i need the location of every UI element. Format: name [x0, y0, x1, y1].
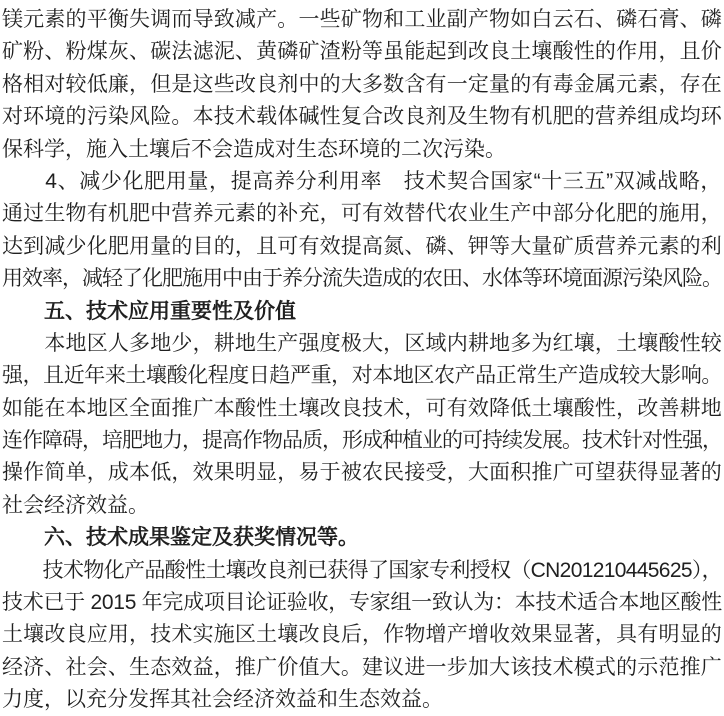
text-line: 技术已于 2015 年完成项目论证验收，专家组一致认为：本技术适合本地区酸性 [2, 587, 722, 619]
text-line: 经济、社会、生态效益，推广价值大。建议进一步加大该技术模式的示范推广 [2, 652, 722, 684]
text-run: 社会经济效益。 [2, 490, 149, 522]
text-line: 矿粉、粉煤灰、碳法滤泥、黄磷矿渣粉等虽能起到改良土壤酸性的作用，且价 [2, 36, 722, 68]
text-run: 对环境的污染风险。本技术载体碱性复合改良剂及生物有机肥的营养组成均环 [2, 101, 722, 133]
text-run: 通过生物有机肥中营养元素的补充，可有效替代农业生产中部分化肥的施用， [2, 198, 722, 230]
text-line: 用效率，减轻了化肥施用中由于养分流失造成的农田、水体等环境面源污染风险。 [2, 263, 722, 295]
text-line: 本地区人多地少，耕地生产强度极大，区域内耕地多为红壤，土壤酸性较 [2, 328, 722, 360]
text-line: 力度，以充分发挥其社会经济效益和生态效益。 [2, 684, 722, 716]
text-run: 强，且近年来土壤酸化程度日趋严重，对本地区农产品正常生产造成较大影响。 [2, 360, 722, 392]
text-line: 通过生物有机肥中营养元素的补充，可有效替代农业生产中部分化肥的施用， [2, 198, 722, 230]
text-line: 连作障碍，培肥地力，提高作物品质，形成种植业的可持续发展。技术针对性强， [2, 425, 722, 457]
text-run: 技术已于 2015 年完成项目论证验收，专家组一致认为：本技术适合本地区酸性 [2, 587, 722, 619]
text-line: 强，且近年来土壤酸化程度日趋严重，对本地区农产品正常生产造成较大影响。 [2, 360, 722, 392]
text-line: 保科学，施入土壤后不会造成对生态环境的二次污染。 [2, 134, 722, 166]
text-run: 五、技术应用重要性及价值 [2, 296, 296, 328]
text-run: 技术物化产品酸性土壤改良剂已获得了国家专利授权（CN201210445625）， [2, 555, 722, 587]
text-line: 格相对较低廉，但是这些改良剂中的大多数含有一定量的有毒金属元素，存在 [2, 69, 722, 101]
text-line: 4、减少化肥用量，提高养分利用率 技术契合国家“十三五”双减战略， [2, 166, 722, 198]
document-page: 镁元素的平衡失调而导致减产。一些矿物和工业副产物如白云石、磷石膏、磷矿粉、粉煤灰… [0, 0, 724, 716]
text-run: 本地区人多地少，耕地生产强度极大，区域内耕地多为红壤，土壤酸性较 [2, 328, 722, 360]
text-run: 力度，以充分发挥其社会经济效益和生态效益。 [2, 684, 443, 716]
text-run: 土壤改良应用，技术实施区土壤改良后，作物增产增收效果显著，具有明显的 [2, 619, 722, 651]
text-line: 社会经济效益。 [2, 490, 722, 522]
text-run: 用效率，减轻了化肥施用中由于养分流失造成的农田、水体等环境面源污染风险。 [2, 263, 722, 295]
text-line: 对环境的污染风险。本技术载体碱性复合改良剂及生物有机肥的营养组成均环 [2, 101, 722, 133]
text-run: 连作障碍，培肥地力，提高作物品质，形成种植业的可持续发展。技术针对性强， [2, 425, 722, 457]
text-run: 保科学，施入土壤后不会造成对生态环境的二次污染。 [2, 134, 506, 166]
section-heading: 五、技术应用重要性及价值 [2, 296, 722, 328]
text-line: 土壤改良应用，技术实施区土壤改良后，作物增产增收效果显著，具有明显的 [2, 619, 722, 651]
text-run: 达到减少化肥用量的目的，且可有效提高氮、磷、钾等大量矿质营养元素的利 [2, 231, 722, 263]
text-run: 操作简单，成本低，效果明显，易于被农民接受，大面积推广可望获得显著的 [2, 457, 722, 489]
text-run: 4、减少化肥用量，提高养分利用率 技术契合国家“十三五”双减战略， [2, 166, 722, 198]
section-heading: 六、技术成果鉴定及获奖情况等。 [2, 522, 722, 554]
text-line: 操作简单，成本低，效果明显，易于被农民接受，大面积推广可望获得显著的 [2, 457, 722, 489]
text-line: 达到减少化肥用量的目的，且可有效提高氮、磷、钾等大量矿质营养元素的利 [2, 231, 722, 263]
text-line: 镁元素的平衡失调而导致减产。一些矿物和工业副产物如白云石、磷石膏、磷 [2, 4, 722, 36]
text-run: 镁元素的平衡失调而导致减产。一些矿物和工业副产物如白云石、磷石膏、磷 [2, 4, 722, 36]
text-line: 如能在本地区全面推广本酸性土壤改良技术，可有效降低土壤酸性，改善耕地 [2, 393, 722, 425]
document-body: 镁元素的平衡失调而导致减产。一些矿物和工业副产物如白云石、磷石膏、磷矿粉、粉煤灰… [2, 4, 722, 716]
text-line: 技术物化产品酸性土壤改良剂已获得了国家专利授权（CN201210445625）， [2, 555, 722, 587]
text-run: 经济、社会、生态效益，推广价值大。建议进一步加大该技术模式的示范推广 [2, 652, 722, 684]
text-run: 六、技术成果鉴定及获奖情况等。 [2, 522, 359, 554]
text-run: 格相对较低廉，但是这些改良剂中的大多数含有一定量的有毒金属元素，存在 [2, 69, 722, 101]
text-run: 如能在本地区全面推广本酸性土壤改良技术，可有效降低土壤酸性，改善耕地 [2, 393, 722, 425]
text-run: 矿粉、粉煤灰、碳法滤泥、黄磷矿渣粉等虽能起到改良土壤酸性的作用，且价 [2, 36, 722, 68]
